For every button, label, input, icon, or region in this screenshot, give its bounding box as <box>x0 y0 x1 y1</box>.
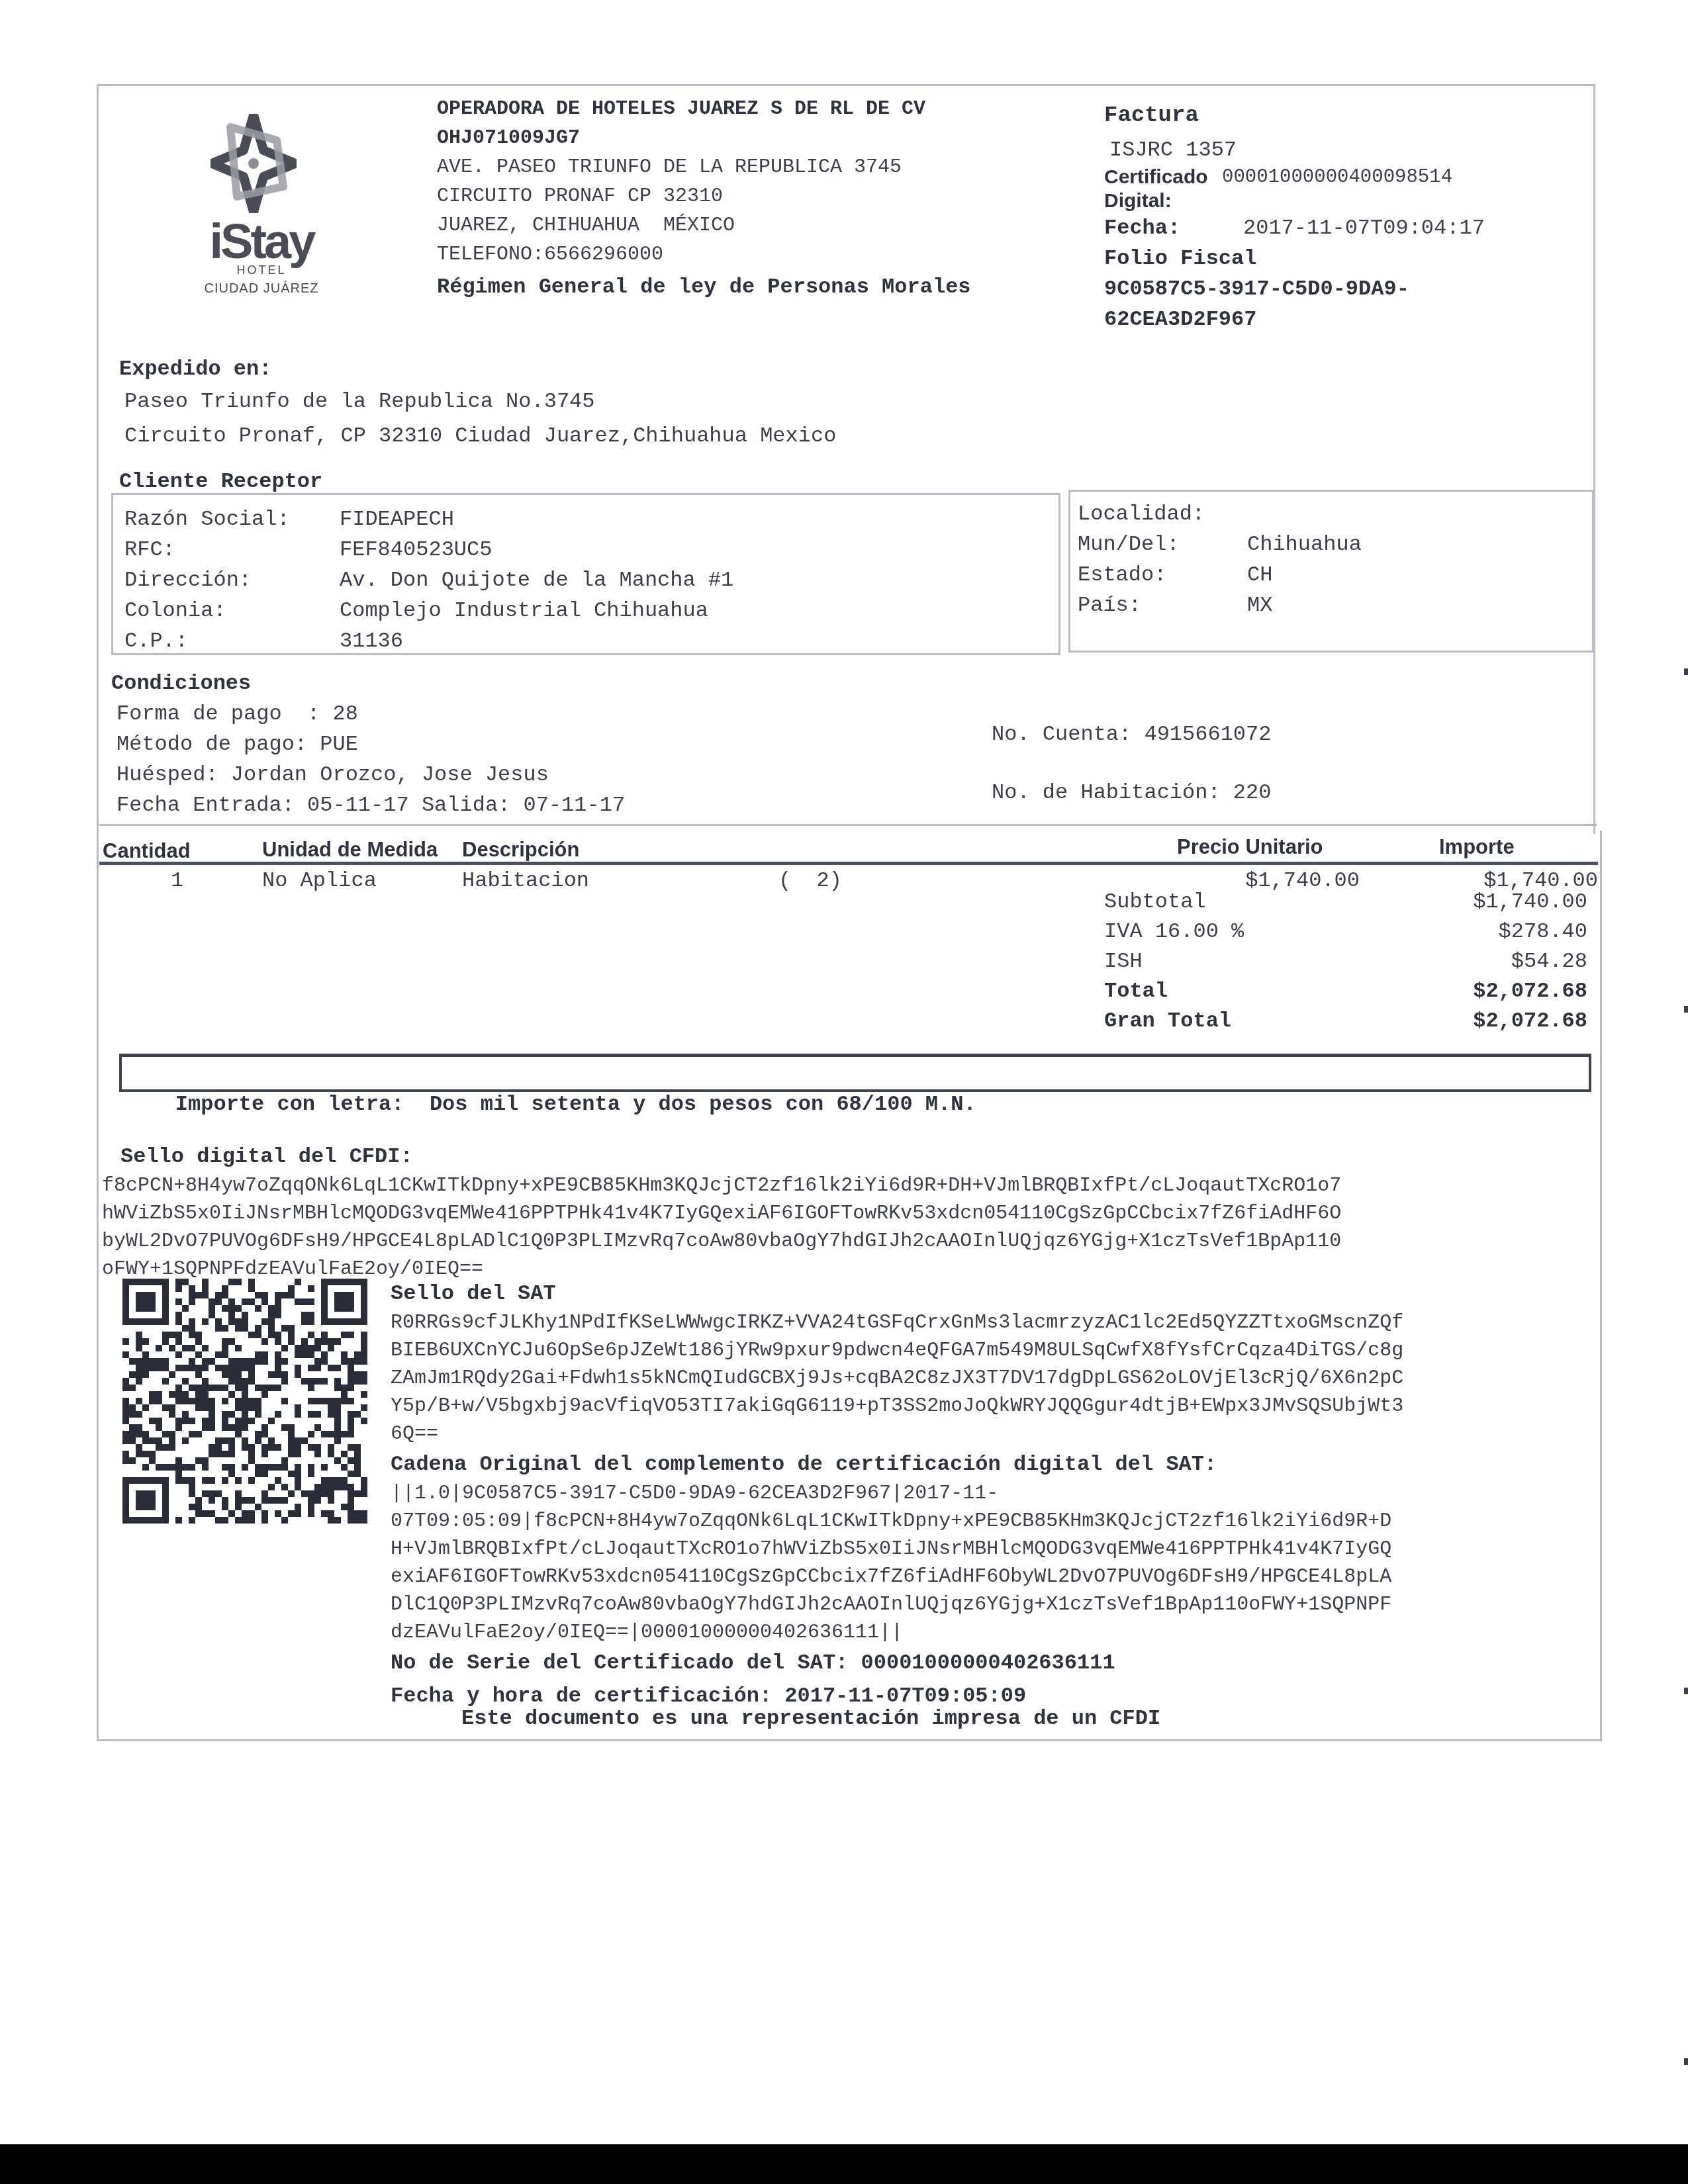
col-header-description: Descripción <box>462 838 579 862</box>
totals-row: ISH$54.28 <box>1104 946 1587 976</box>
totals-label: Gran Total <box>1104 1006 1231 1036</box>
amount-in-words-box: Importe con letra: Dos mil setenta y dos… <box>119 1054 1591 1092</box>
issuer-name: OPERADORA DE HOTELES JUAREZ S DE RL DE C… <box>437 95 971 124</box>
original-chain-value: ||1.0|9C0587C5-3917-C5D0-9DA9-62CEA3D2F9… <box>391 1480 1602 1647</box>
invoice-meta: Factura ISJRC 1357 Certificado Digital: … <box>1104 99 1568 335</box>
sat-cert-serial: No de Serie del Certificado del SAT: 000… <box>391 1647 1602 1680</box>
date-value: 2017-11-07T09:04:17 <box>1243 213 1485 244</box>
col-header-unit-price: Precio Unitario <box>1177 835 1323 859</box>
client-field-row: C.P.:31136 <box>124 626 733 657</box>
client-location-row: Estado:CH <box>1078 560 1362 590</box>
client-location-label: Localidad: <box>1078 499 1247 529</box>
totals-label: Total <box>1104 976 1168 1006</box>
client-fields-left: Razón Social:FIDEAPECHRFC:FEF840523UC5Di… <box>124 504 733 657</box>
client-location-label: País: <box>1078 590 1247 621</box>
issued-at-line-2: Circuito Pronaf, CP 32310 Ciudad Juarez,… <box>119 419 836 453</box>
totals-value: $54.28 <box>1511 946 1587 976</box>
client-field-value: FEF840523UC5 <box>340 535 492 565</box>
scan-mark <box>1684 2058 1688 2065</box>
client-field-label: Dirección: <box>124 565 340 596</box>
totals-label: ISH <box>1104 946 1143 976</box>
col-header-unit: Unidad de Medida <box>262 838 438 862</box>
original-chain-line: ||1.0|9C0587C5-3917-C5D0-9DA9-62CEA3D2F9… <box>391 1480 1602 1508</box>
original-chain-line: exiAF6IGOFTowRKv53xdcn054110CgSzGpCCbcix… <box>391 1563 1602 1591</box>
sat-seal-line: ZAmJm1RQdy2Gai+Fdwh1s5kNCmQIudGCBXj9Js+c… <box>391 1365 1602 1392</box>
issuer-phone: TELEFONO:6566296000 <box>437 240 971 269</box>
sat-seal-line: BIEB6UXCnYCJu6OpSe6pJZeWt186jYRw9pxur9pd… <box>391 1337 1602 1365</box>
client-field-value: Av. Don Quijote de la Mancha #1 <box>340 565 733 596</box>
client-field-label: Colonia: <box>124 596 340 626</box>
original-chain-label: Cadena Original del complemento de certi… <box>391 1449 1602 1480</box>
totals-label: Subtotal <box>1104 887 1206 917</box>
col-header-quantity: Cantidad <box>103 839 191 863</box>
cert-value: 00001000000400098514 <box>1222 165 1452 213</box>
client-field-value: 31136 <box>340 626 403 657</box>
issuer-block: OPERADORA DE HOTELES JUAREZ S DE RL DE C… <box>437 95 971 302</box>
brand-logo-subtitle: HOTEL <box>205 263 318 277</box>
brand-logo-city: CIUDAD JUÁREZ <box>192 281 331 296</box>
scanner-edge-band <box>0 2144 1688 2184</box>
totals-value: $278.40 <box>1499 917 1587 946</box>
totals-value: $2,072.68 <box>1473 1006 1587 1036</box>
totals-row: Subtotal$1,740.00 <box>1104 887 1587 917</box>
client-location-label: Estado: <box>1078 560 1247 590</box>
table-header-underline <box>99 862 1598 865</box>
room-number: No. de Habitación: 220 <box>992 778 1271 808</box>
issued-at-line-1: Paseo Triunfo de la Republica No.3745 <box>119 385 836 419</box>
issuer-address-3: JUAREZ, CHIHUAHUA MÉXICO <box>437 211 971 240</box>
brand-logo-text: iStay <box>205 215 318 268</box>
folio-fiscal-label: Folio Fiscal <box>1104 244 1568 274</box>
client-field-value: FIDEAPECH <box>340 504 454 535</box>
col-header-amount: Importe <box>1439 835 1515 859</box>
cell-quantity: 1 <box>171 866 183 896</box>
client-field-label: C.P.: <box>124 626 340 657</box>
folio-fiscal-value-1: 9C0587C5-3917-C5D0-9DA9- <box>1104 274 1568 304</box>
client-location-row: País:MX <box>1078 590 1362 621</box>
original-chain-line: DlC1Q0P3PLIMzvRq7coAw80vbaOgY7hdGIJh2cAA… <box>391 1591 1602 1619</box>
sat-seal-line: 6Q== <box>391 1420 1602 1448</box>
folio-fiscal-value-2: 62CEA3D2F967 <box>1104 304 1568 335</box>
client-location-label: Mun/Del: <box>1078 529 1247 560</box>
client-field-label: Razón Social: <box>124 504 340 535</box>
totals-row: Gran Total$2,072.68 <box>1104 1006 1587 1036</box>
totals-value: $1,740.00 <box>1473 887 1587 917</box>
scan-mark <box>1684 1688 1688 1694</box>
sat-seal-line: R0RRGs9cfJLKhy1NPdIfKSeLWWwgcIRKZ+VVA24t… <box>391 1309 1602 1337</box>
client-field-value: Complejo Industrial Chihuahua <box>340 596 708 626</box>
conditions-block: Condiciones Forma de pago : 28 Método de… <box>111 668 625 821</box>
client-location-row: Mun/Del:Chihuahua <box>1078 529 1362 560</box>
client-field-row: Colonia:Complejo Industrial Chihuahua <box>124 596 733 626</box>
conditions-label: Condiciones <box>111 668 625 699</box>
cfdi-seal-block: Sello digital del CFDI: f8cPCN+8H4yw7oZq… <box>120 1142 1597 1283</box>
issuer-address-2: CIRCUITO PRONAF CP 32310 <box>437 182 971 211</box>
amount-in-words-value: Dos mil setenta y dos pesos con 68/100 M… <box>430 1092 976 1116</box>
client-location-value: MX <box>1247 590 1272 621</box>
client-field-row: Dirección:Av. Don Quijote de la Mancha #… <box>124 565 733 596</box>
totals-row: Total$2,072.68 <box>1104 976 1587 1006</box>
cfdi-seal-line: hWViZbS5x0IiJNsrMBHlcMQODG3vqEMWe416PPTP… <box>102 1200 1597 1228</box>
payment-form: Forma de pago : 28 <box>111 699 625 729</box>
footer-note: Este documento es una representación imp… <box>461 1704 1160 1734</box>
cell-nights: ( 2) <box>778 866 842 896</box>
scan-mark <box>1684 668 1688 675</box>
issued-at-block: Expedido en: Paseo Triunfo de la Republi… <box>119 354 836 453</box>
cell-unit: No Aplica <box>262 866 377 896</box>
client-fields-right: Localidad:Mun/Del:ChihuahuaEstado:CHPaís… <box>1078 499 1362 621</box>
cert-label-1: Certificado <box>1104 165 1222 189</box>
stay-dates: Fecha Entrada: 05-11-17 Salida: 07-11-17 <box>111 790 625 821</box>
qr-code-icon <box>122 1279 367 1524</box>
totals-value: $2,072.68 <box>1473 976 1587 1006</box>
sat-seal-value: R0RRGs9cfJLKhy1NPdIfKSeLWWwgcIRKZ+VVA24t… <box>391 1309 1602 1448</box>
cfdi-seal-line: byWL2DvO7PUVOg6DFsH9/HPGCE4L8pLADlC1Q0P3… <box>102 1228 1597 1255</box>
issuer-regime: Régimen General de ley de Personas Moral… <box>437 272 971 302</box>
date-label: Fecha: <box>1104 213 1243 244</box>
issuer-rfc: OHJ071009JG7 <box>437 124 971 153</box>
invoice-series-folio: ISJRC 1357 <box>1104 135 1568 165</box>
star-logo-icon <box>211 114 297 213</box>
client-field-row: Razón Social:FIDEAPECH <box>124 504 733 535</box>
totals-row: IVA 16.00 %$278.40 <box>1104 917 1587 946</box>
payment-method: Método de pago: PUE <box>111 729 625 760</box>
sat-seal-label: Sello del SAT <box>391 1279 1602 1309</box>
scan-mark <box>1684 1006 1688 1013</box>
table-top-divider <box>99 824 1597 826</box>
guest-name: Huésped: Jordan Orozco, Jose Jesus <box>111 760 625 790</box>
original-chain-line: dzEAVulFaE2oy/0IEQ==|0000100000040263611… <box>391 1619 1602 1647</box>
totals-label: IVA 16.00 % <box>1104 917 1244 946</box>
cfdi-seal-line: f8cPCN+8H4yw7oZqqONk6LqL1CKwITkDpny+xPE9… <box>102 1172 1597 1200</box>
original-chain-line: H+VJmlBRQBIxfPt/cLJoqautTXcRO1o7hWViZbS5… <box>391 1535 1602 1563</box>
amount-in-words-label: Importe con letra: <box>175 1092 404 1116</box>
client-location-value: Chihuahua <box>1247 529 1362 560</box>
sat-seal-line: Y5p/B+w/V5bgxbj9acVfiqVO53TI7akiGqG6119+… <box>391 1392 1602 1420</box>
cfdi-seal-value: f8cPCN+8H4yw7oZqqONk6LqL1CKwITkDpny+xPE9… <box>102 1172 1597 1283</box>
original-chain-line: 07T09:05:09|f8cPCN+8H4yw7oZqqONk6LqL1CKw… <box>391 1508 1602 1535</box>
client-field-label: RFC: <box>124 535 340 565</box>
client-field-row: RFC:FEF840523UC5 <box>124 535 733 565</box>
invoice-title: Factura <box>1104 99 1568 132</box>
totals-block: Subtotal$1,740.00IVA 16.00 %$278.40ISH$5… <box>1104 887 1587 1036</box>
issued-at-label: Expedido en: <box>119 354 836 385</box>
cert-label-2: Digital: <box>1104 189 1222 213</box>
cfdi-seal-label: Sello digital del CFDI: <box>120 1142 1597 1172</box>
issuer-address-1: AVE. PASEO TRIUNFO DE LA REPUBLICA 3745 <box>437 153 971 182</box>
client-location-value: CH <box>1247 560 1272 590</box>
account-number: No. Cuenta: 4915661072 <box>992 719 1271 750</box>
client-location-row: Localidad: <box>1078 499 1362 529</box>
sat-block: Sello del SAT R0RRGs9cfJLKhy1NPdIfKSeLWW… <box>391 1279 1602 1713</box>
cell-description: Habitacion <box>462 866 589 896</box>
